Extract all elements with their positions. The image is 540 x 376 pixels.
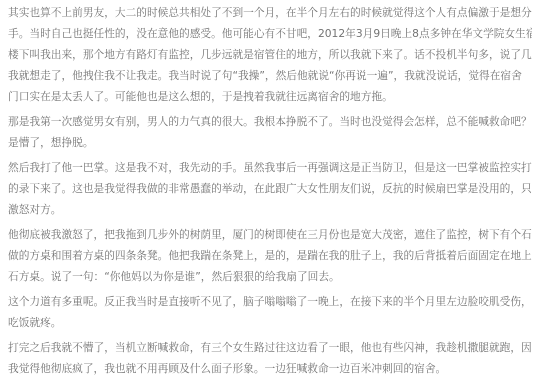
text-line: 这个力道有多重呢。反正我当时是直接听不见了，脑子嗡嗡嗡了一晚上，在接下来的半个月… xyxy=(8,291,532,312)
text-line: 然后我打了他一巴掌。这是我不对，我先动的手。虽然我事后一再强调这是正当防卫，但是… xyxy=(8,157,532,178)
paragraph-4: 他彻底被我激怒了，把我拖到几步外的树荫里，厦门的树即使在三月份也是宽大茂密，遮住… xyxy=(8,224,532,287)
text-line: 吃饭就疼。 xyxy=(8,312,532,333)
text-line: 打完之后我就不懵了，当机立断喊救命，有三个女生路过往这边看了一眼，他也有些闪神，… xyxy=(8,337,532,358)
text-line: 那是我第一次感觉男女有别，男人的力气真的很大。我根本挣脱不了。当时也没觉得会怎样… xyxy=(8,111,532,132)
text-line: 楼下叫我出来，那个地方有路灯有监控，几步远就是宿管住的地方，所以我就下来了。话不… xyxy=(8,44,532,65)
paragraph-2: 那是我第一次感觉男女有别，男人的力气真的很大。我根本挣脱不了。当时也没觉得会怎样… xyxy=(8,111,532,153)
document-page: 其实也算不上前男友，大二的时候总共相处了不到一个月，在半个月左右的时候就觉得这个… xyxy=(0,0,540,376)
paragraph-3: 然后我打了他一巴掌。这是我不对，我先动的手。虽然我事后一再强调这是正当防卫，但是… xyxy=(8,157,532,220)
paragraph-1: 其实也算不上前男友，大二的时候总共相处了不到一个月，在半个月左右的时候就觉得这个… xyxy=(8,2,532,107)
text-line: 我觉得他彻底疯了，我也就不用再顾及什么面子形象。一边狂喊救命一边百米冲刺回的宿舍… xyxy=(8,358,532,376)
paragraph-6: 打完之后我就不懵了，当机立断喊救命，有三个女生路过往这边看了一眼，他也有些闪神，… xyxy=(8,337,532,376)
paragraph-5: 这个力道有多重呢。反正我当时是直接听不见了，脑子嗡嗡嗡了一晚上，在接下来的半个月… xyxy=(8,291,532,333)
text-line: 我就想走了，他拽住我不让我走。我当时说了句“我操”，然后他就说“你再说一遍”，我… xyxy=(8,65,532,86)
text-line: 的录下来了。这也是我觉得我做的非常愚蠢的举动，在此跟广大女性朋友们说，反抗的时候… xyxy=(8,178,532,199)
text-line: 激怒对方。 xyxy=(8,199,532,220)
text-line: 门口实在是太丢人了。可能他也是这么想的，于是拽着我就往远离宿舍的地方拖。 xyxy=(8,86,532,107)
text-line: 做的方桌和围着方桌的四条条凳。他把我踹在条凳上，是的，是踹在我的肚子上，我的后背… xyxy=(8,245,532,266)
text-line: 手。当时自己也挺任性的，没在意他的感受。他可能心有不甘吧，2012年3月9日晚上… xyxy=(8,23,532,44)
text-line: 是懵了，想挣脱。 xyxy=(8,132,532,153)
text-line: 其实也算不上前男友，大二的时候总共相处了不到一个月，在半个月左右的时候就觉得这个… xyxy=(8,2,532,23)
text-line: 石方桌。说了一句：“你他妈以为你是谁”，然后狠狠的给我扇了回去。 xyxy=(8,266,532,287)
text-line: 他彻底被我激怒了，把我拖到几步外的树荫里，厦门的树即使在三月份也是宽大茂密，遮住… xyxy=(8,224,532,245)
